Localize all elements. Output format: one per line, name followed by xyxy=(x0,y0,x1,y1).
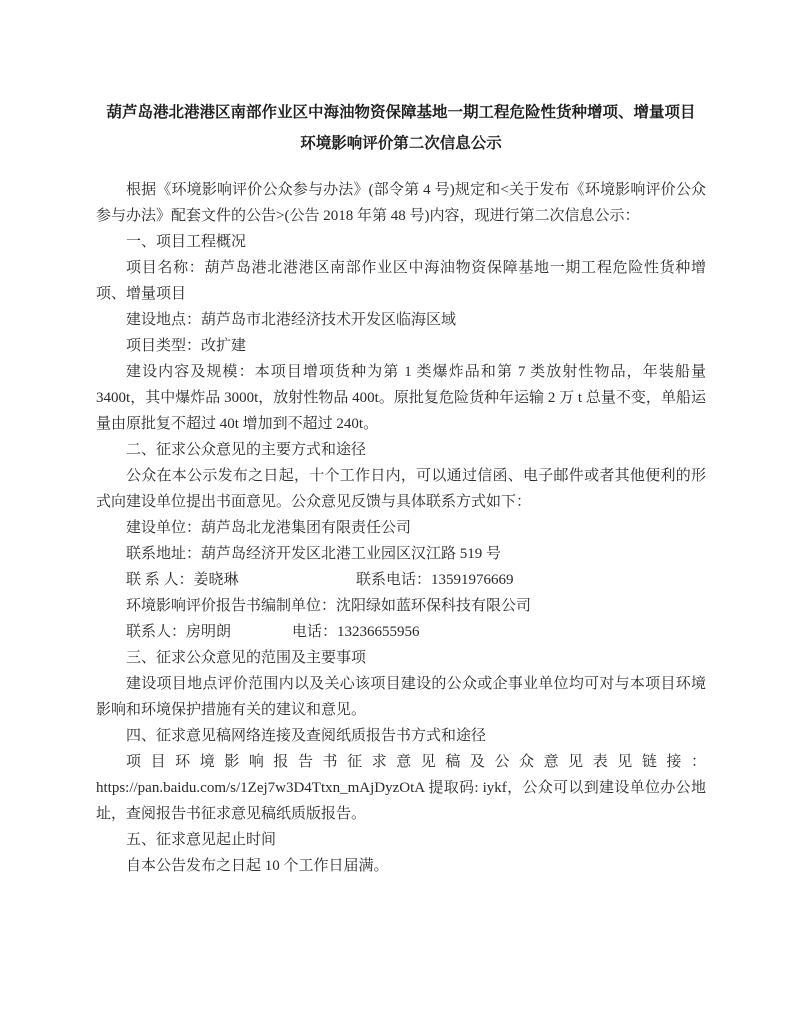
document-title-line2: 环境影响评价第二次信息公示 xyxy=(96,128,706,159)
builder-unit-paragraph: 建设单位：葫芦岛北龙港集团有限责任公司 xyxy=(96,515,706,541)
section5-heading: 五、征求意见起止时间 xyxy=(96,827,706,853)
eia-contact-row: 联系人：房明朗 电话：13236655956 xyxy=(96,619,706,645)
report-link-paragraph: 项 目 环 境 影 响 报 告 书 征 求 意 见 稿 及 公 众 意 见 表 … xyxy=(96,749,706,827)
content-scale-paragraph: 建设内容及规模：本项目增项货种为第 1 类爆炸品和第 7 类放射性物品，年装船量… xyxy=(96,359,706,437)
section3-body-paragraph: 建设项目地点评价范围内以及关心该项目建设的公众或企事业单位均可对与本项目环境影响… xyxy=(96,671,706,723)
contact-person-name: 联 系 人：姜晓琳 xyxy=(126,572,239,588)
eia-unit-paragraph: 环境影响评价报告书编制单位：沈阳绿如蓝环保科技有限公司 xyxy=(96,593,706,619)
document-title: 葫芦岛港北港港区南部作业区中海油物资保障基地一期工程危险性货种增项、增量项目 环… xyxy=(96,97,706,159)
report-link-label: 项 目 环 境 影 响 报 告 书 征 求 意 见 稿 及 公 众 意 见 表 … xyxy=(126,754,706,770)
project-type-paragraph: 项目类型：改扩建 xyxy=(96,333,706,359)
report-download-url: https://pan.baidu.com/s/1Zej7w3D4Ttxn_mA… xyxy=(96,780,424,796)
section4-heading: 四、征求意见稿网络连接及查阅纸质报告书方式和途径 xyxy=(96,723,706,749)
contact-person-phone: 联系电话：13591976669 xyxy=(356,567,514,593)
intro-paragraph: 根据《环境影响评价公众参与办法》(部令第 4 号)规定和<关于发布《环境影响评价… xyxy=(96,177,706,229)
location-paragraph: 建设地点：葫芦岛市北港经济技术开发区临海区域 xyxy=(96,307,706,333)
document-title-line1: 葫芦岛港北港港区南部作业区中海油物资保障基地一期工程危险性货种增项、增量项目 xyxy=(96,97,706,128)
eia-contact-phone: 电话：13236655956 xyxy=(292,619,420,645)
contact-address-paragraph: 联系地址：葫芦岛经济开发区北港工业园区汉江路 519 号 xyxy=(96,541,706,567)
section2-heading: 二、征求公众意见的主要方式和途径 xyxy=(96,437,706,463)
section1-heading: 一、项目工程概况 xyxy=(96,229,706,255)
section3-heading: 三、征求公众意见的范围及主要事项 xyxy=(96,645,706,671)
contact-person-row: 联 系 人：姜晓琳 联系电话：13591976669 xyxy=(96,567,706,593)
section5-body-paragraph: 自本公告发布之日起 10 个工作日届满。 xyxy=(96,853,706,879)
project-name-paragraph: 项目名称：葫芦岛港北港港区南部作业区中海油物资保障基地一期工程危险性货种增项、增… xyxy=(96,255,706,307)
document-page: 葫芦岛港北港港区南部作业区中海油物资保障基地一期工程危险性货种增项、增量项目 环… xyxy=(0,0,800,1035)
eia-contact-name: 联系人：房明朗 xyxy=(126,624,231,640)
document-body: 根据《环境影响评价公众参与办法》(部令第 4 号)规定和<关于发布《环境影响评价… xyxy=(96,177,706,879)
section2-intro-paragraph: 公众在本公示发布之日起，十个工作日内，可以通过信函、电子邮件或者其他便利的形式向… xyxy=(96,463,706,515)
